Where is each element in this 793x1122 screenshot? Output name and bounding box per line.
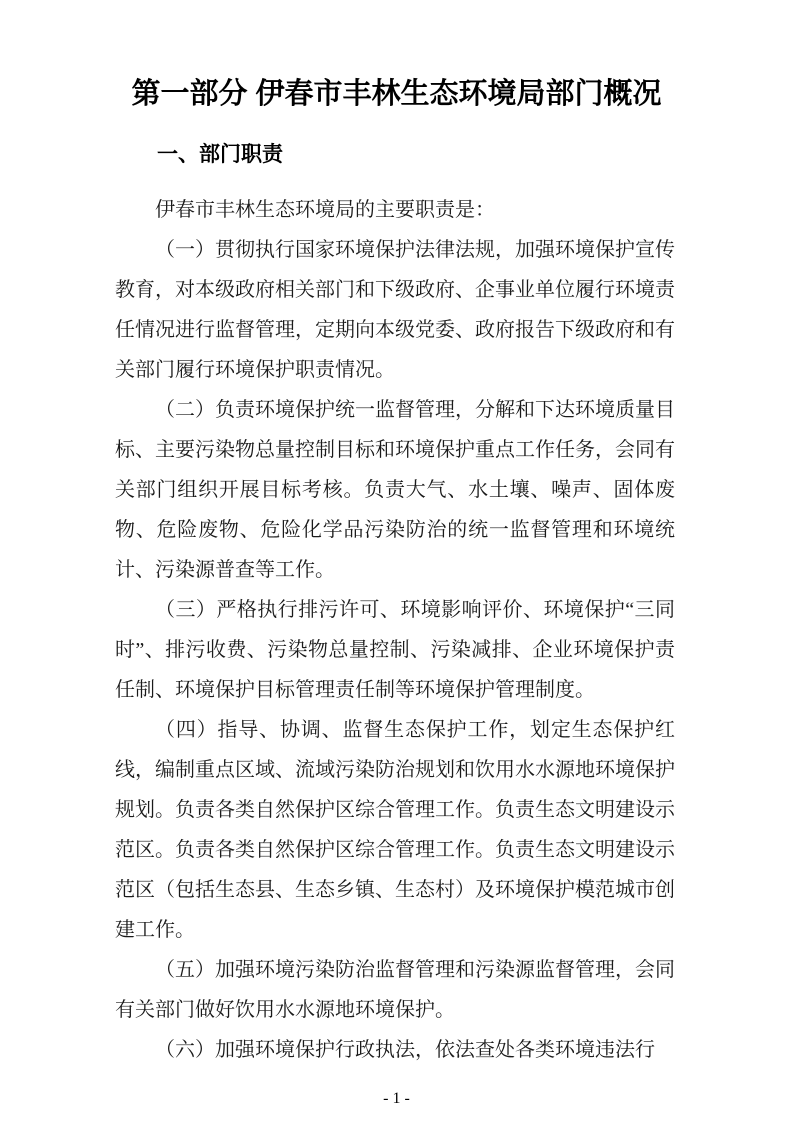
document-content: 一、部门职责 伊春市丰林生态环境局的主要职责是： （一）贯彻执行国家环境保护法律… (115, 140, 675, 1070)
paragraph-intro: 伊春市丰林生态环境局的主要职责是： (115, 190, 675, 230)
paragraph-duty-5: （五）加强环境污染防治监督管理和污染源监督管理，会同有关部门做好饮用水水源地环境… (115, 950, 675, 1030)
body-text-block: 伊春市丰林生态环境局的主要职责是： （一）贯彻执行国家环境保护法律法规，加强环境… (115, 190, 675, 1070)
page-number: - 1 - (0, 1089, 793, 1109)
document-page: 第一部分 伊春市丰林生态环境局部门概况 一、部门职责 伊春市丰林生态环境局的主要… (0, 0, 793, 1122)
paragraph-duty-4: （四）指导、协调、监督生态保护工作，划定生态保护红线，编制重点区域、流域污染防治… (115, 710, 675, 950)
paragraph-duty-6: （六）加强环境保护行政执法，依法查处各类环境违法行 (115, 1030, 675, 1070)
section-heading: 一、部门职责 (115, 140, 675, 170)
paragraph-duty-2: （二）负责环境保护统一监督管理，分解和下达环境质量目标、主要污染物总量控制目标和… (115, 390, 675, 590)
paragraph-duty-1: （一）贯彻执行国家环境保护法律法规，加强环境保护宣传教育，对本级政府相关部门和下… (115, 230, 675, 390)
document-title: 第一部分 伊春市丰林生态环境局部门概况 (0, 75, 793, 113)
paragraph-duty-3: （三）严格执行排污许可、环境影响评价、环境保护“三同时”、排污收费、污染物总量控… (115, 590, 675, 710)
